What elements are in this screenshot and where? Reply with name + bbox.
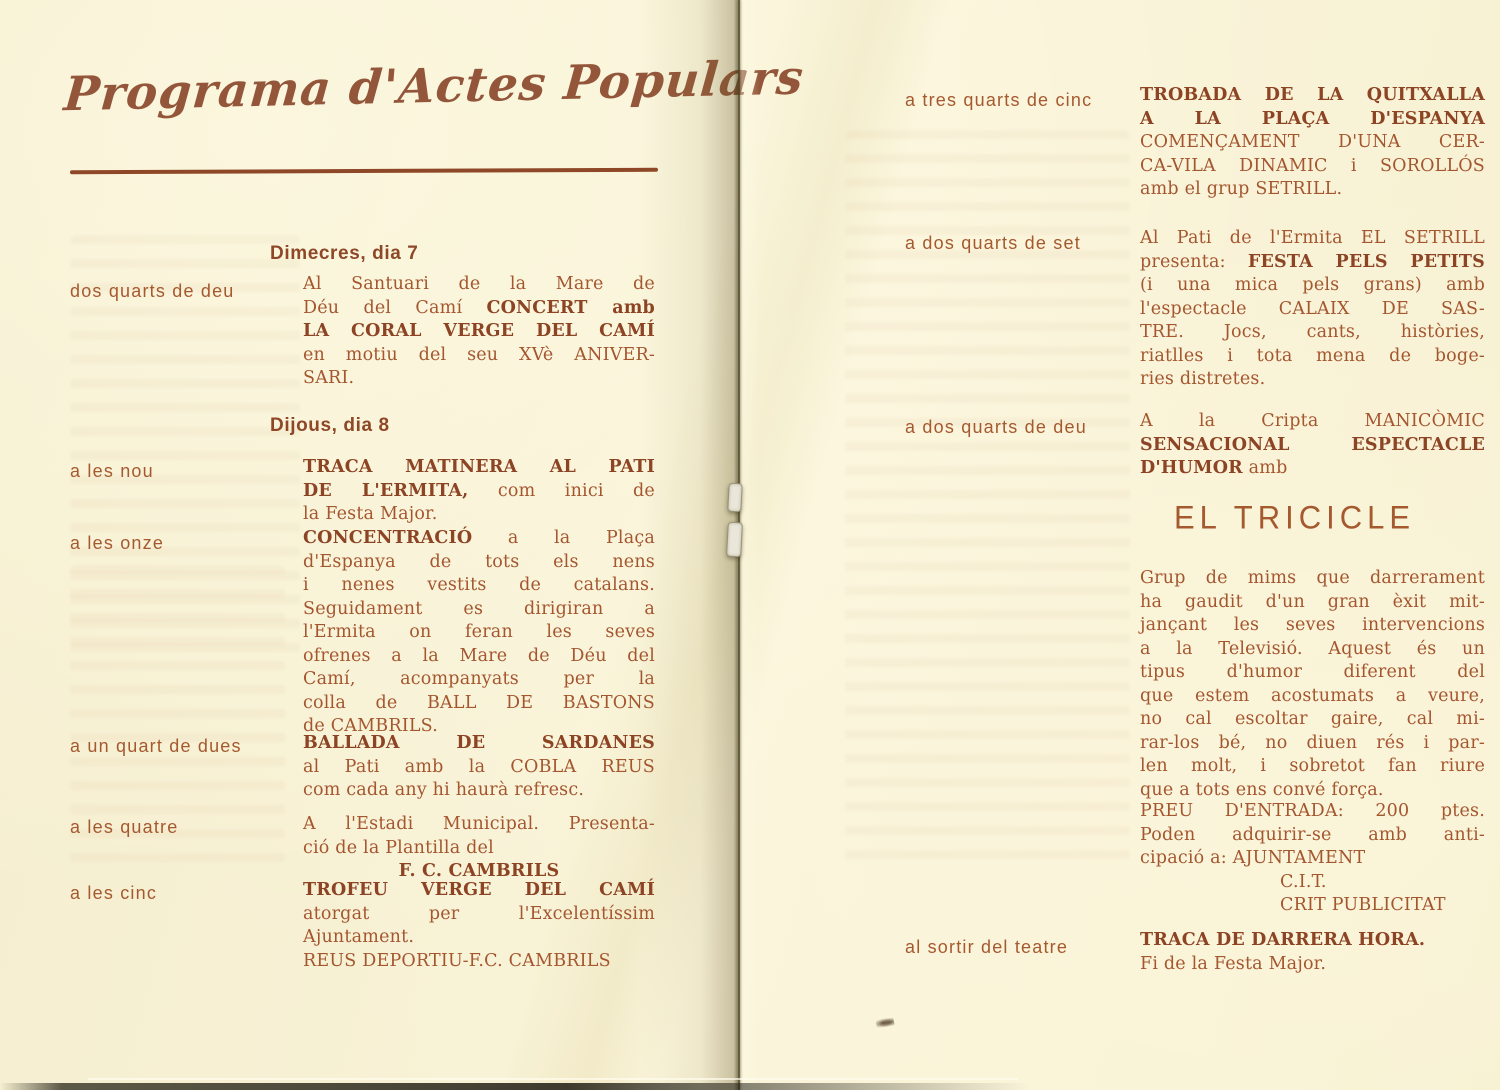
text-segment: CRIT PUBLICITAT [1280, 895, 1446, 915]
text-line: D'HUMOR amb [1140, 457, 1485, 481]
text-segment: amb [1243, 458, 1288, 478]
bold-text-segment: TRACA DE DARRERA HORA. [1140, 930, 1425, 950]
event-body: A la Cripta MANICÒMICSENSACIONAL ESPECTA… [1140, 410, 1485, 481]
text-segment: que a tots ens convé força. [1140, 780, 1384, 800]
paragraph: Grup de mims que darreramentha gaudit d'… [1140, 567, 1485, 802]
text-segment: no cal escoltar gaire, cal mi- [1140, 709, 1485, 729]
text-segment: CA-VILA DINAMIC i SOROLLÓS [1140, 156, 1485, 176]
text-segment: A la Cripta MANICÒMIC [1140, 411, 1485, 431]
text-segment: jançant les seves intervencions [1140, 615, 1485, 635]
event-body: Al Pati de l'Ermita EL SETRILLpresenta: … [1140, 227, 1485, 392]
text-line: Fi de la Festa Major. [1140, 953, 1485, 977]
text-line: ha gaudit d'un gran èxit mit- [1140, 591, 1485, 615]
text-segment: Al Pati de l'Ermita EL SETRILL [1140, 228, 1485, 248]
staple [726, 522, 743, 558]
text-segment: Grup de mims que darrerament [1140, 568, 1485, 588]
bold-text-segment: A LA PLAÇA D'ESPANYA [1140, 109, 1485, 129]
text-line: A LA PLAÇA D'ESPANYA [1140, 108, 1485, 132]
bold-text-segment: D'HUMOR [1140, 458, 1243, 478]
text-line: cipació a: AJUNTAMENT [1140, 847, 1485, 871]
text-line: rar-los bé, no diuen rés i par- [1140, 732, 1485, 756]
text-line: l'espectacle CALAIX DE SAS- [1140, 298, 1485, 322]
text-line: que a tots ens convé força. [1140, 779, 1485, 803]
text-segment: que estem acostumats a veure, [1140, 686, 1485, 706]
text-segment: amb el grup SETRILL. [1140, 179, 1342, 199]
text-line: (i una mica pels grans) amb [1140, 274, 1485, 298]
text-line: Poden adquirir-se amb anti- [1140, 824, 1485, 848]
text-line: PREU D'ENTRADA: 200 ptes. [1140, 800, 1485, 824]
text-line: TRE. Jocs, cants, històries, [1140, 321, 1485, 345]
text-segment: ha gaudit d'un gran èxit mit- [1140, 592, 1485, 612]
text-segment: Poden adquirir-se amb anti- [1140, 825, 1485, 845]
text-line: A la Cripta MANICÒMIC [1140, 410, 1485, 434]
event-time-label: a dos quarts de deu [905, 417, 1087, 438]
text-line: CA-VILA DINAMIC i SOROLLÓS [1140, 155, 1485, 179]
text-line: no cal escoltar gaire, cal mi- [1140, 708, 1485, 732]
text-segment: cipació a: AJUNTAMENT [1140, 848, 1365, 868]
text-segment: C.I.T. [1280, 872, 1327, 892]
text-segment: l'espectacle CALAIX DE SAS- [1140, 299, 1485, 319]
text-segment: TRE. Jocs, cants, històries, [1140, 322, 1485, 342]
text-line: presenta: FESTA PELS PETITS [1140, 251, 1485, 275]
text-segment: (i una mica pels grans) amb [1140, 275, 1485, 295]
paragraph: PREU D'ENTRADA: 200 ptes.Poden adquirir-… [1140, 800, 1485, 918]
text-line: SENSACIONAL ESPECTACLE [1140, 434, 1485, 458]
text-line: jançant les seves intervencions [1140, 614, 1485, 638]
text-line: len molt, i sobretot fan riure [1140, 755, 1485, 779]
text-line: riatlles i tota mena de boge- [1140, 345, 1485, 369]
booklet-scan: Programa d'Actes Populars Dimecres, dia … [0, 0, 1500, 1090]
text-line: TRACA DE DARRERA HORA. [1140, 929, 1485, 953]
bold-text-segment: FESTA PELS PETITS [1248, 252, 1485, 272]
text-segment: len molt, i sobretot fan riure [1140, 756, 1485, 776]
text-segment: PREU D'ENTRADA: 200 ptes. [1140, 801, 1485, 821]
text-line: C.I.T. [1140, 871, 1485, 895]
text-line: tipus d'humor diferent del [1140, 661, 1485, 685]
text-segment: tipus d'humor diferent del [1140, 662, 1485, 682]
bold-text-segment: SENSACIONAL ESPECTACLE [1140, 435, 1485, 455]
text-segment: Fi de la Festa Major. [1140, 954, 1326, 974]
scan-background-strip [0, 1083, 1030, 1090]
center-fold-shadow [640, 0, 760, 1090]
text-line: amb el grup SETRILL. [1140, 178, 1485, 202]
event-time-label: a tres quarts de cinc [905, 90, 1092, 111]
text-line: ries distretes. [1140, 368, 1485, 392]
text-segment: a la Televisió. Aquest és un [1140, 639, 1485, 659]
staple [727, 483, 742, 513]
event-time-label: al sortir del teatre [905, 937, 1068, 958]
text-line: Al Pati de l'Ermita EL SETRILL [1140, 227, 1485, 251]
event-time-label: a dos quarts de set [905, 233, 1081, 254]
event-body: TRACA DE DARRERA HORA.Fi de la Festa Maj… [1140, 929, 1485, 976]
show-title: EL TRICICLE [1122, 499, 1467, 537]
text-line: a la Televisió. Aquest és un [1140, 638, 1485, 662]
text-segment: riatlles i tota mena de boge- [1140, 346, 1485, 366]
text-line: que estem acostumats a veure, [1140, 685, 1485, 709]
bold-text-segment: TROBADA DE LA QUITXALLA [1140, 85, 1485, 105]
text-segment: rar-los bé, no diuen rés i par- [1140, 733, 1485, 753]
text-line: COMENÇAMENT D'UNA CER- [1140, 131, 1485, 155]
text-segment: presenta: [1140, 252, 1248, 272]
event-body: TROBADA DE LA QUITXALLAA LA PLAÇA D'ESPA… [1140, 84, 1485, 202]
text-segment: COMENÇAMENT D'UNA CER- [1140, 132, 1485, 152]
page-bottom-edge [88, 1078, 1018, 1080]
text-line: Grup de mims que darrerament [1140, 567, 1485, 591]
text-line: CRIT PUBLICITAT [1140, 894, 1485, 918]
text-line: TROBADA DE LA QUITXALLA [1140, 84, 1485, 108]
text-segment: ries distretes. [1140, 369, 1265, 389]
